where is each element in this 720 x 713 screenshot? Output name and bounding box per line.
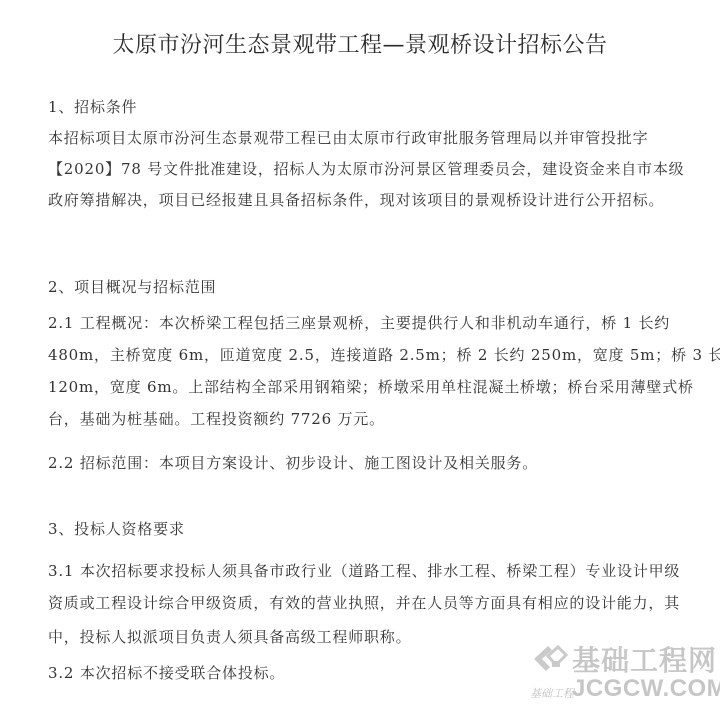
page-title: 太原市汾河生态景观带工程—景观桥设计招标公告 xyxy=(0,28,720,59)
paragraph-line: 政府筹措解决，项目已经报建且具备招标条件，现对该项目的景观桥设计进行公开招标。 xyxy=(48,190,688,210)
watermark-domain: JCGCW.COM xyxy=(572,675,720,703)
paragraph-line: 【2020】78 号文件批准建设，招标人为太原市汾河景区管理委员会，建设资金来自… xyxy=(48,159,688,179)
watermark-script: 基础工程 xyxy=(530,685,574,701)
announcement-page: 太原市汾河生态景观带工程—景观桥设计招标公告 1、招标条件 本招标项目太原市汾河… xyxy=(0,0,720,713)
paragraph-line: 资质或工程设计综合甲级资质，有效的营业执照，并在人员等方面具有相应的设计能力，其 xyxy=(48,593,688,613)
diamond-logo-icon xyxy=(532,643,568,675)
watermark-name: 基础工程网 xyxy=(572,639,717,679)
site-watermark: 基础工程网 基础工程 JCGCW.COM xyxy=(528,637,718,713)
paragraph-line: 120m，宽度 6m。上部结构全部采用钢箱梁；桥墩采用单柱混凝土桥墩；桥台采用薄… xyxy=(48,377,688,397)
paragraph-line: 本招标项目太原市汾河生态景观带工程已由太原市行政审批服务管理局以并审管投批字 xyxy=(48,128,688,148)
paragraph-line: 3.1 本次招标要求投标人须具备市政行业（道路工程、排水工程、桥梁工程）专业设计… xyxy=(48,561,688,581)
paragraph-line: 2.1 工程概况：本次桥梁工程包括三座景观桥，主要提供行人和非机动车通行，桥 1… xyxy=(48,313,688,333)
section-heading-2: 2、项目概况与招标范围 xyxy=(48,277,688,297)
paragraph-line: 2.2 招标范围：本项目方案设计、初步设计、施工图设计及相关服务。 xyxy=(48,453,688,473)
paragraph-line: 480m，主桥宽度 6m，匝道宽度 2.5，连接道路 2.5m；桥 2 长约 2… xyxy=(48,345,688,365)
section-heading-3: 3、投标人资格要求 xyxy=(48,519,688,539)
section-heading-1: 1、招标条件 xyxy=(48,97,688,117)
paragraph-line: 台，基础为桩基础。工程投资额约 7726 万元。 xyxy=(48,409,688,429)
